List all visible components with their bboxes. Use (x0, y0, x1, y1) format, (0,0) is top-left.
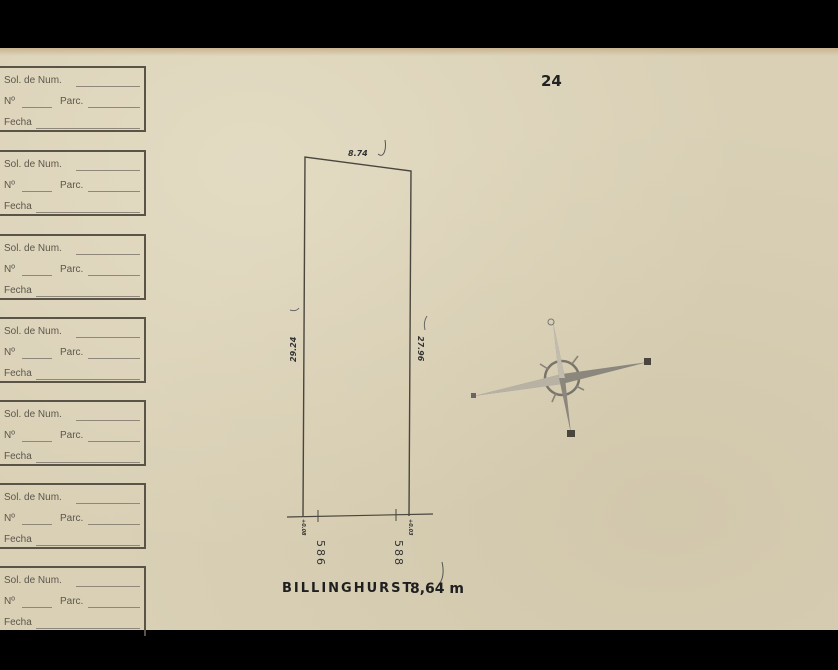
left-dimension: 29.24 (289, 337, 298, 362)
check-mark-icon (290, 308, 299, 311)
address-number-588: 588 (392, 540, 405, 567)
right-offset: +0.03 (407, 519, 413, 536)
top-dimension: 8.74 (348, 149, 368, 158)
check-mark-icon (378, 140, 386, 155)
compass-rose-icon (471, 319, 651, 437)
street-name: BILLINGHURST (282, 581, 413, 596)
plot-drawing (0, 0, 838, 670)
check-mark-icon (440, 562, 443, 583)
lot-outline (303, 157, 411, 516)
frontage-measure: 8,64 m (410, 581, 464, 597)
check-mark-icon (424, 316, 427, 330)
right-dimension: 27.96 (416, 336, 425, 361)
address-number-586: 586 (314, 540, 327, 567)
left-offset: +0.08 (300, 519, 306, 536)
street-line (287, 514, 433, 517)
